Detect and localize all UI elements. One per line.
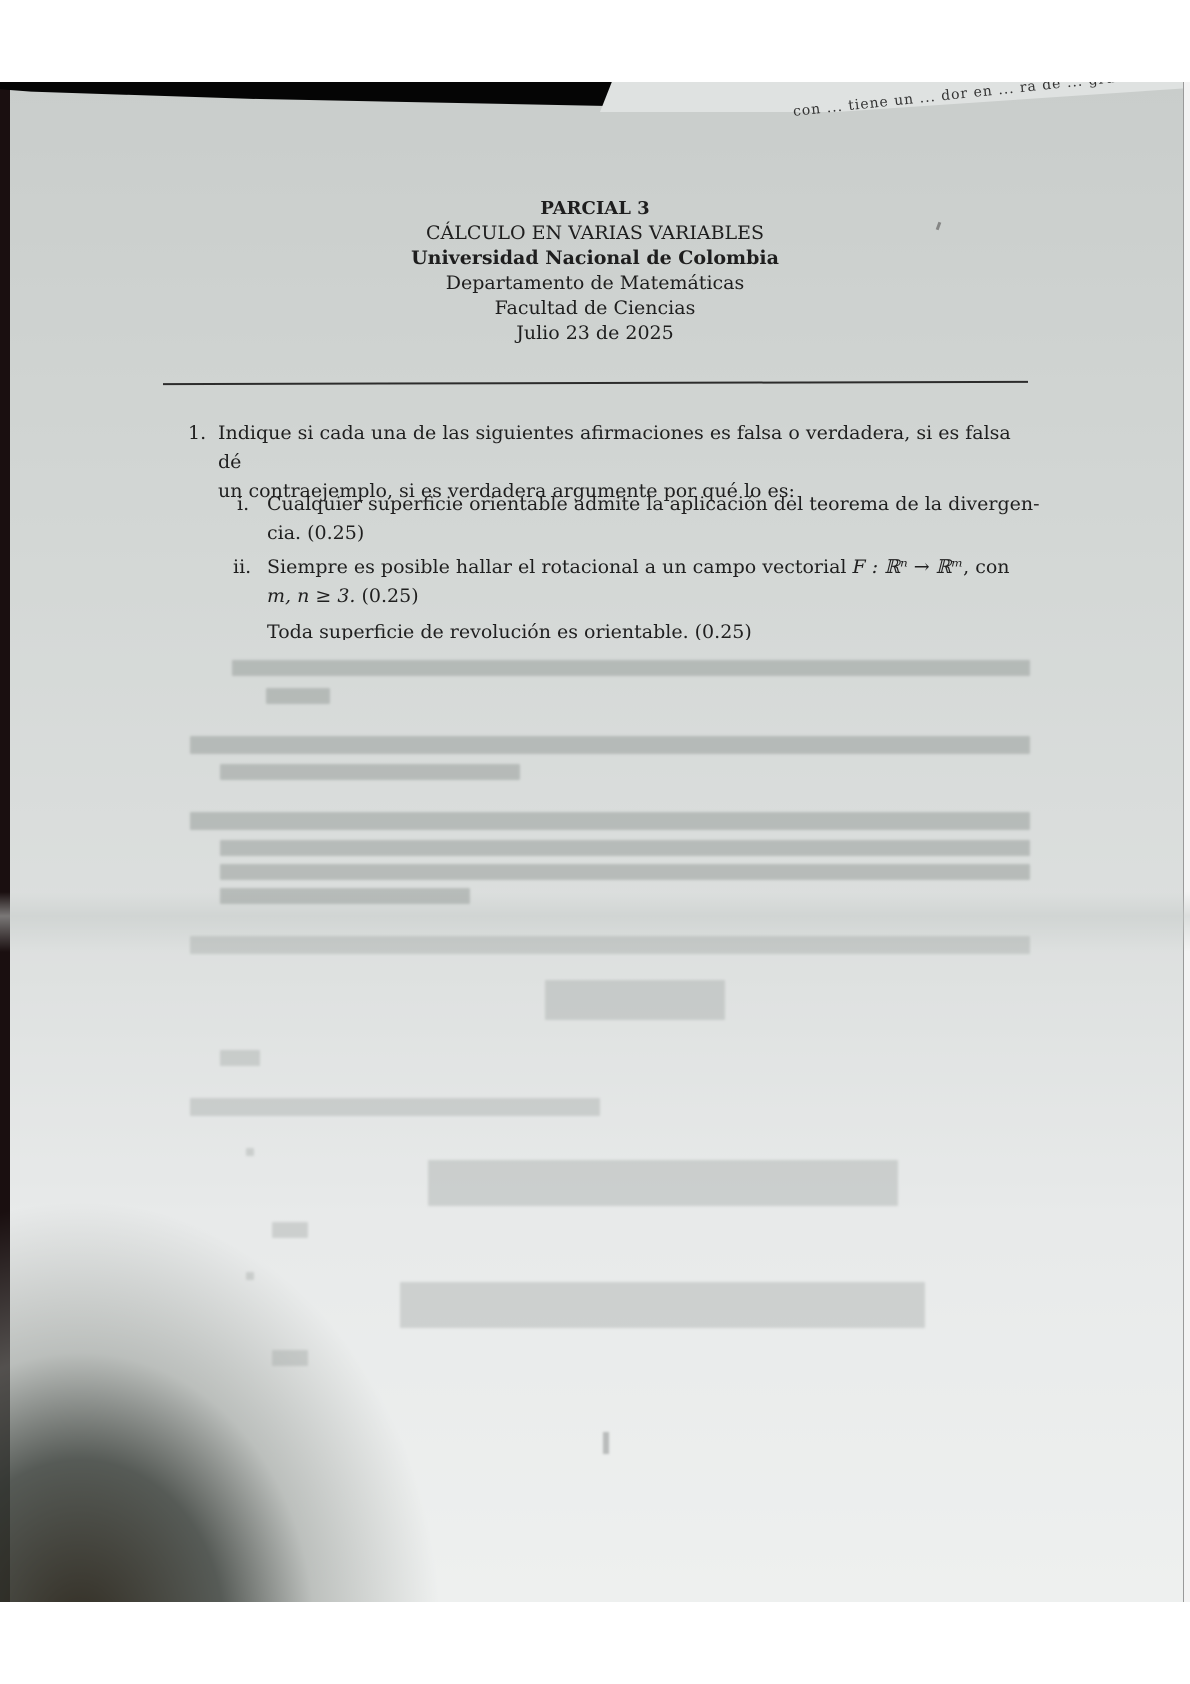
dark-background-top xyxy=(0,82,620,106)
obscured-line xyxy=(220,764,520,780)
obscured-line xyxy=(190,1098,600,1116)
item-text-line-1: Toda superficie de revolución es orienta… xyxy=(267,618,1042,640)
exam-header: PARCIAL 3 CÁLCULO EN VARIAS VARIABLES Un… xyxy=(0,196,1190,346)
item-ii: ii. Siempre es posible hallar el rotacio… xyxy=(267,553,1042,611)
question-number: 1. xyxy=(188,419,206,448)
university-name: Universidad Nacional de Colombia xyxy=(0,246,1190,271)
obscured-bullet xyxy=(246,1148,254,1156)
math-expression: F : ℝⁿ → ℝᵐ xyxy=(853,556,964,578)
obscured-line xyxy=(190,936,1030,954)
item-numeral: i. xyxy=(237,490,249,519)
exam-title: PARCIAL 3 xyxy=(0,196,1190,221)
question-text-line-1: Indique si cada una de las siguientes af… xyxy=(218,419,1038,477)
obscured-formula xyxy=(545,980,725,1020)
obscured-line xyxy=(220,1050,260,1066)
faculty-name: Facultad de Ciencias xyxy=(0,296,1190,321)
obscured-line xyxy=(232,660,1030,676)
item-text-line-2: cia. (0.25) xyxy=(267,519,1042,548)
obscured-formula xyxy=(428,1160,898,1206)
obscured-line xyxy=(220,864,1030,880)
item-text-tail: , con xyxy=(963,556,1009,578)
obscured-line xyxy=(220,888,470,904)
obscured-bullet xyxy=(246,1272,254,1280)
exam-date: Julio 23 de 2025 xyxy=(0,321,1190,346)
math-expression: m, n ≥ 3. xyxy=(267,585,355,607)
obscured-line xyxy=(190,736,1030,754)
obscured-line xyxy=(220,840,1030,856)
obscured-line xyxy=(266,688,330,704)
obscured-formula xyxy=(400,1282,925,1328)
item-text-line-1: Cualquier superficie orientable admite l… xyxy=(267,490,1042,519)
item-i: i. Cualquier superficie orientable admit… xyxy=(267,490,1042,548)
obscured-line xyxy=(272,1222,308,1238)
department-name: Departamento de Matemáticas xyxy=(0,271,1190,296)
item-text: Siempre es posible hallar el rotacional … xyxy=(267,556,853,578)
hand-shadow xyxy=(0,1162,1190,1602)
item-numeral: ii. xyxy=(233,553,251,582)
obscured-line xyxy=(190,812,1030,830)
page-number-obscured xyxy=(603,1432,609,1454)
item-iii: iii. Toda superficie de revolución es or… xyxy=(267,618,1042,640)
item-points: (0.25) xyxy=(355,585,418,607)
obscured-line xyxy=(272,1350,308,1366)
course-name: CÁLCULO EN VARIAS VARIABLES xyxy=(0,221,1190,246)
